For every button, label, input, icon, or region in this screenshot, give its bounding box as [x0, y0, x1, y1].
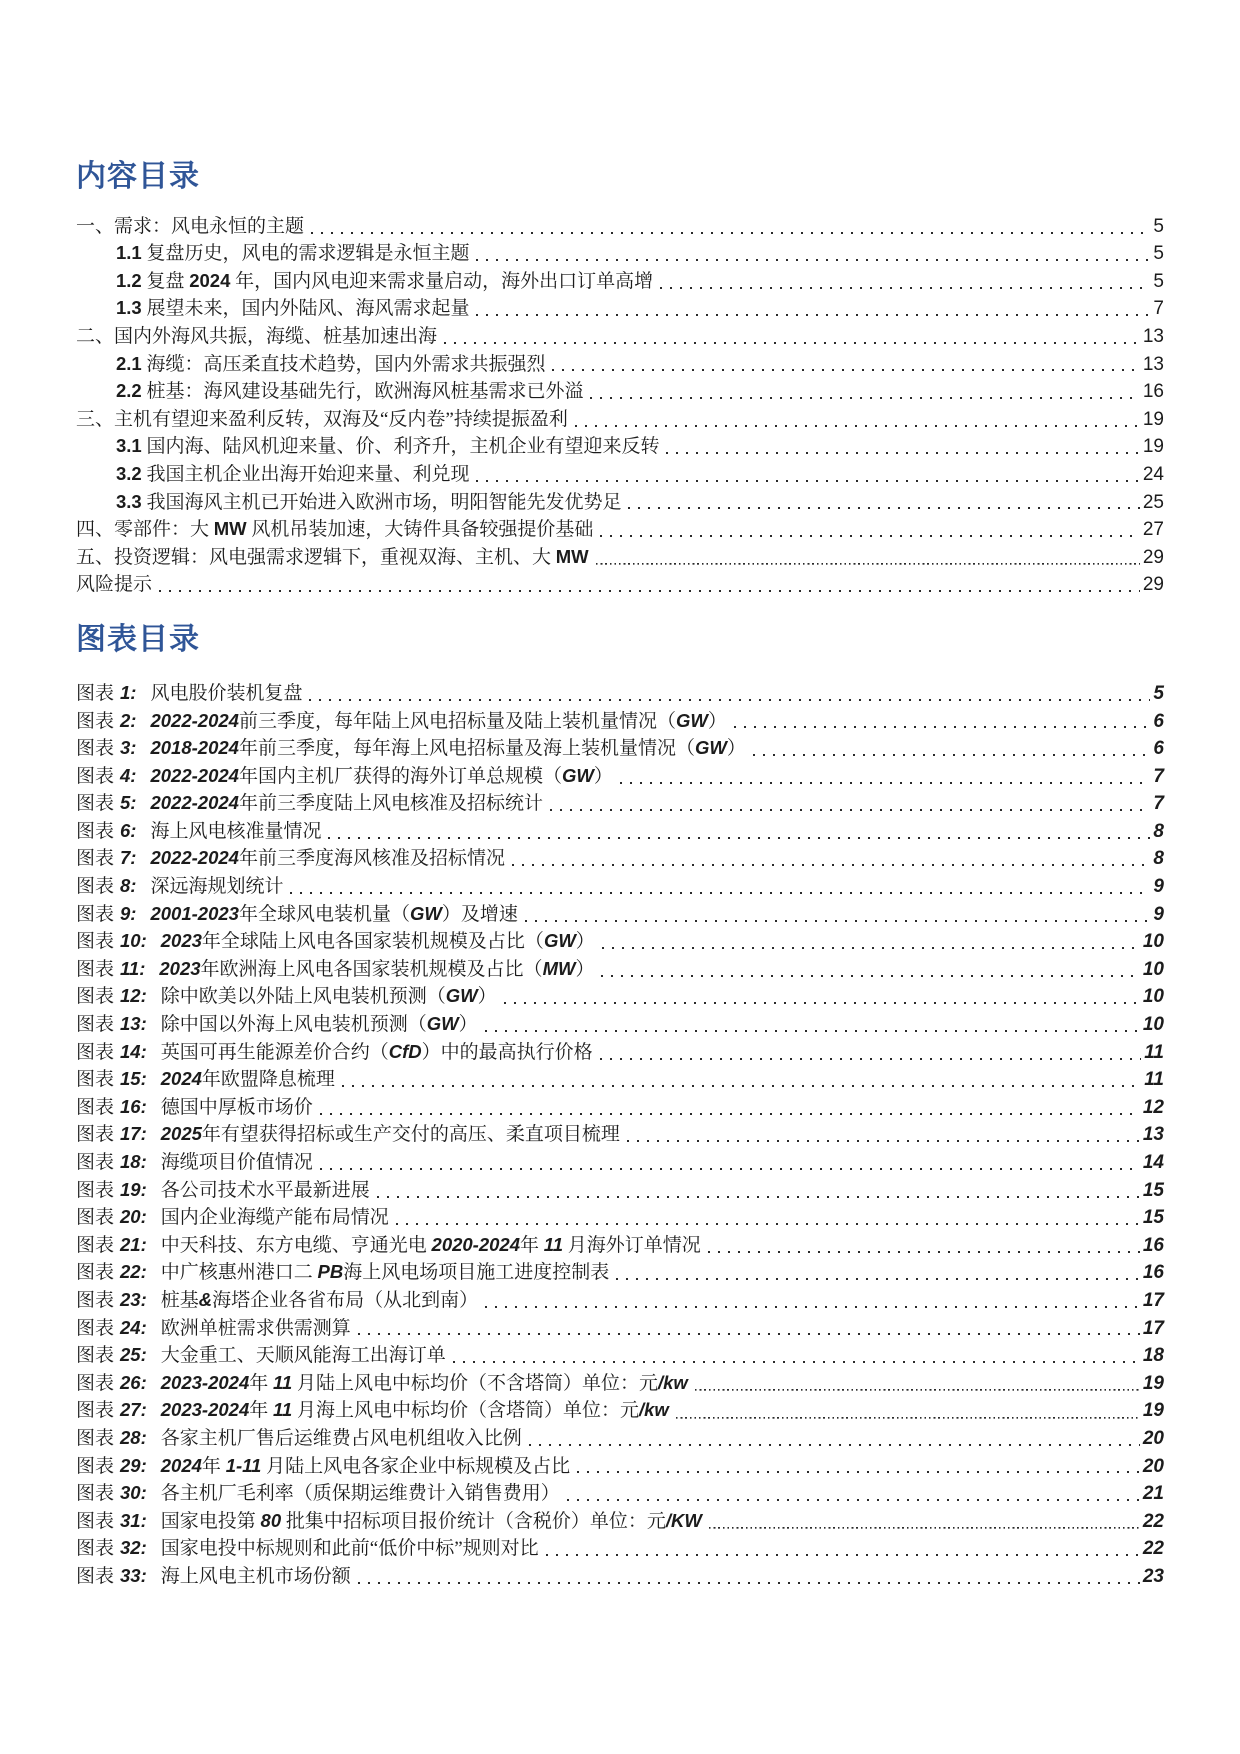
- figure-entry-title: 国家电投第 80 批集中招标项目报价统计（含税价）单位：元/KW: [161, 1508, 702, 1534]
- dot-leader: [377, 1178, 1140, 1203]
- figure-toc-entry[interactable]: 图表22:中广核惠州港口二 PB海上风电场项目施工进度控制表16: [76, 1258, 1164, 1286]
- figure-entry-page: 22: [1143, 1509, 1164, 1534]
- figure-number: 10:: [120, 930, 147, 951]
- latin-run: 11: [273, 1399, 292, 1420]
- toc-entry-page: 29: [1143, 545, 1164, 570]
- content-toc-entry[interactable]: 风险提示29: [76, 570, 1164, 598]
- figure-toc-entry[interactable]: 图表28:各家主机厂售后运维费占风电机组收入比例20: [76, 1423, 1164, 1451]
- toc-entry-label: 3.3 我国海风主机已开始进入欧洲市场，明阳智能先发优势足: [116, 489, 621, 515]
- figure-number: 19:: [120, 1179, 147, 1200]
- figure-entry-title: 2001-2023年全球风电装机量（GW）及增速: [150, 901, 517, 927]
- latin-run: GW: [427, 1013, 459, 1034]
- figure-entry-page: 12: [1143, 1095, 1164, 1120]
- toc-entry-page: 5: [1153, 241, 1164, 266]
- latin-run: /kw: [658, 1372, 688, 1393]
- toc-entry-page: 25: [1143, 490, 1164, 515]
- toc-entry-label: 3.2 我国主机企业出海开始迎来量、利兑现: [116, 461, 469, 487]
- figure-entry-prefix: 图表6:: [76, 818, 136, 844]
- figure-label: 图表: [76, 1097, 114, 1118]
- figure-entry-prefix: 图表21:: [76, 1232, 147, 1258]
- figure-entry-title: 海上风电核准量情况: [150, 819, 321, 844]
- figure-label: 图表: [76, 1483, 114, 1504]
- figure-number: 30:: [120, 1482, 147, 1503]
- figure-toc-section: 图表目录 图表1:风电股价装机复盘5图表2:2022-2024前三季度，每年陆上…: [76, 621, 1164, 1589]
- figure-entry-prefix: 图表22:: [76, 1259, 147, 1285]
- figure-label: 图表: [76, 986, 114, 1007]
- toc-entry-page: 19: [1143, 407, 1164, 432]
- dot-leader: [476, 462, 1139, 487]
- dot-leader: [476, 296, 1150, 321]
- figure-toc-entry[interactable]: 图表24:欧洲单桩需求供需测算17: [76, 1313, 1164, 1341]
- figure-entry-title: 海缆项目价值情况: [161, 1150, 313, 1175]
- figure-toc-entry[interactable]: 图表14:英国可再生能源差价合约（CfD）中的最高执行价格11: [76, 1037, 1164, 1065]
- content-toc-entry[interactable]: 3.3 我国海风主机已开始进入欧洲市场，明阳智能先发优势足25: [76, 487, 1164, 515]
- figure-entry-prefix: 图表11:: [76, 956, 145, 982]
- toc-entry-label: 1.2 复盘 2024 年，国内风电迎来需求量启动，海外出口订单高增: [116, 268, 653, 294]
- dot-leader: [396, 1205, 1140, 1230]
- figure-entry-prefix: 图表32:: [76, 1535, 147, 1561]
- figure-number: 3:: [120, 737, 136, 758]
- latin-run: &: [199, 1289, 212, 1310]
- figure-number: 27:: [120, 1399, 147, 1420]
- figure-entry-prefix: 图表12:: [76, 983, 147, 1009]
- figure-label: 图表: [76, 1566, 114, 1587]
- figure-entry-prefix: 图表23:: [76, 1287, 147, 1313]
- latin-run: /kw: [639, 1399, 669, 1420]
- content-toc-entry[interactable]: 2.2 桩基：海风建设基础先行，欧洲海风桩基需求已外溢16: [76, 377, 1164, 405]
- figure-label: 图表: [76, 1069, 114, 1090]
- latin-run: 2023: [159, 958, 200, 979]
- figure-entry-prefix: 图表20:: [76, 1204, 147, 1230]
- figure-entry-prefix: 图表13:: [76, 1011, 147, 1037]
- toc-entry-label: 风险提示: [76, 572, 152, 597]
- figure-label: 图表: [76, 711, 114, 732]
- figure-number: 2:: [120, 710, 136, 731]
- latin-run: GW: [562, 765, 594, 786]
- figure-number: 22:: [120, 1261, 147, 1282]
- figure-label: 图表: [76, 1262, 114, 1283]
- figure-label: 图表: [76, 1345, 114, 1366]
- content-toc-entry[interactable]: 四、零部件：大 MW 风机吊装加速，大铸件具备较强提价基础27: [76, 515, 1164, 543]
- figure-number: 1:: [120, 682, 136, 703]
- figure-entry-title: 2023年欧洲海上风电各国家装机规模及占比（MW）: [159, 956, 594, 982]
- dot-leader: [320, 1150, 1140, 1175]
- figure-toc-entry[interactable]: 图表16:德国中厚板市场价12: [76, 1092, 1164, 1120]
- latin-run: 2022-2024: [150, 792, 238, 813]
- figure-toc-entry[interactable]: 图表17:2025年有望获得招标或生产交付的高压、柔直项目梳理13: [76, 1120, 1164, 1148]
- figure-label: 图表: [76, 1428, 114, 1449]
- figure-toc-entry[interactable]: 图表30:各主机厂毛利率（质保期运维费计入销售费用）21: [76, 1479, 1164, 1507]
- figure-label: 图表: [76, 1042, 114, 1063]
- figure-label: 图表: [76, 1207, 114, 1228]
- figure-number: 9:: [120, 903, 136, 924]
- figure-entry-page: 10: [1143, 1012, 1164, 1037]
- dot-leader: [328, 819, 1150, 844]
- figure-toc-entry[interactable]: 图表13:除中国以外海上风电装机预测（GW）10: [76, 1009, 1164, 1037]
- latin-run: 2024: [161, 1455, 202, 1476]
- figure-entry-title: 2024年欧盟降息梳理: [161, 1066, 335, 1092]
- figure-entry-title: 2022-2024年国内主机厂获得的海外订单总规模（GW）: [150, 763, 612, 789]
- dot-leader: [753, 736, 1151, 761]
- figure-entry-page: 16: [1143, 1233, 1164, 1258]
- toc-entry-page: 13: [1143, 324, 1164, 349]
- dot-leader: [320, 1095, 1140, 1120]
- content-toc-entry[interactable]: 五、投资逻辑：风电强需求逻辑下，重视双海、主机、大 MW29: [76, 542, 1164, 570]
- toc-entry-page: 29: [1143, 572, 1164, 597]
- figure-entry-page: 19: [1143, 1398, 1164, 1423]
- figure-label: 图表: [76, 1235, 114, 1256]
- figure-entry-prefix: 图表5:: [76, 790, 136, 816]
- figure-entry-prefix: 图表24:: [76, 1315, 147, 1341]
- figure-entry-prefix: 图表1:: [76, 680, 136, 706]
- figure-entry-page: 10: [1143, 957, 1164, 982]
- figure-number: 7:: [120, 847, 136, 868]
- latin-run: 1.3: [116, 297, 142, 318]
- figure-toc-entry[interactable]: 图表5:2022-2024年前三季度陆上风电核准及招标统计7: [76, 789, 1164, 817]
- latin-run: 2.1: [116, 353, 142, 374]
- latin-run: 80: [261, 1510, 282, 1531]
- figure-entry-title: 国内企业海缆产能布局情况: [161, 1205, 389, 1230]
- figure-entry-title: 2018-2024年前三季度，每年海上风电招标量及海上装机量情况（GW）: [150, 735, 745, 761]
- figure-entry-prefix: 图表26:: [76, 1370, 147, 1396]
- latin-run: 2025: [161, 1123, 202, 1144]
- dot-leader: [575, 407, 1140, 432]
- figure-entry-page: 22: [1143, 1536, 1164, 1561]
- figure-toc-entry[interactable]: 图表10:2023年全球陆上风电各国家装机规模及占比（GW）10: [76, 927, 1164, 955]
- figure-toc-entry[interactable]: 图表26:2023-2024年 11 月陆上风电中标均价（不含塔筒）单位：元/k…: [76, 1368, 1164, 1396]
- dot-leader: [453, 1343, 1140, 1368]
- figure-entry-page: 20: [1143, 1426, 1164, 1451]
- dot-leader: [311, 214, 1150, 239]
- figure-entry-page: 8: [1153, 819, 1164, 844]
- figure-number: 12:: [120, 985, 147, 1006]
- figure-entry-page: 11: [1144, 1067, 1164, 1092]
- figure-entry-prefix: 图表19:: [76, 1177, 147, 1203]
- figure-label: 图表: [76, 1014, 114, 1035]
- figure-label: 图表: [76, 959, 114, 980]
- figure-entry-page: 17: [1143, 1288, 1164, 1313]
- figure-number: 8:: [120, 875, 136, 896]
- dot-leader: [734, 709, 1151, 734]
- figure-entry-page: 21: [1143, 1481, 1164, 1506]
- dot-leader: [616, 1260, 1140, 1285]
- latin-run: GW: [446, 985, 478, 1006]
- figure-label: 图表: [76, 904, 114, 925]
- figure-label: 图表: [76, 683, 114, 704]
- figure-number: 18:: [120, 1151, 147, 1172]
- figure-toc-entry[interactable]: 图表12:除中欧美以外陆上风电装机预测（GW）10: [76, 982, 1164, 1010]
- figure-toc-entry[interactable]: 图表32:国家电投中标规则和此前“低价中标”规则对比22: [76, 1534, 1164, 1562]
- figure-label: 图表: [76, 1511, 114, 1532]
- content-toc-entry[interactable]: 2.1 海缆：高压柔直技术趋势，国内外需求共振强烈13: [76, 349, 1164, 377]
- figure-entry-title: 2023-2024年 11 月陆上风电中标均价（不含塔筒）单位：元/kw: [161, 1370, 688, 1396]
- toc-entry-label: 1.3 展望未来，国内外陆风、海风需求起量: [116, 295, 469, 321]
- content-toc-section: 内容目录 一、需求：风电永恒的主题51.1 复盘历史，风电的需求逻辑是永恒主题5…: [76, 158, 1164, 597]
- figure-entry-title: 风电股价装机复盘: [150, 681, 302, 706]
- latin-run: 2023-2024: [161, 1399, 249, 1420]
- figure-entry-prefix: 图表8:: [76, 873, 136, 899]
- content-toc-entry[interactable]: 1.1 复盘历史，风电的需求逻辑是永恒主题5: [76, 239, 1164, 267]
- toc-entry-label: 2.2 桩基：海风建设基础先行，欧洲海风桩基需求已外溢: [116, 378, 583, 404]
- figure-toc-entry[interactable]: 图表33:海上风电主机市场份额23: [76, 1561, 1164, 1589]
- figure-entry-title: 大金重工、天顺风能海工出海订单: [161, 1343, 446, 1368]
- figure-entry-page: 13: [1143, 1122, 1164, 1147]
- figure-label: 图表: [76, 738, 114, 759]
- toc-entry-label: 二、国内外海风共振，海缆、桩基加速出海: [76, 324, 437, 349]
- figure-toc-entry[interactable]: 图表2:2022-2024前三季度，每年陆上风电招标量及陆上装机量情况（GW）6: [76, 706, 1164, 734]
- figure-entry-prefix: 图表18:: [76, 1149, 147, 1175]
- figure-toc-entry[interactable]: 图表21:中天科技、东方电缆、亨通光电 2020-2024年 11 月海外订单情…: [76, 1230, 1164, 1258]
- figure-entry-prefix: 图表9:: [76, 901, 136, 927]
- figure-entry-title: 2024年 1-11 月陆上风电各家企业中标规模及占比: [161, 1453, 570, 1479]
- figure-entry-title: 2022-2024年前三季度陆上风电核准及招标统计: [150, 790, 543, 816]
- latin-run: 2020-2024: [432, 1234, 520, 1255]
- figure-toc-entry[interactable]: 图表27:2023-2024年 11 月海上风电中标均价（含塔筒）单位：元/kw…: [76, 1396, 1164, 1424]
- figure-entry-prefix: 图表2:: [76, 708, 136, 734]
- figure-entry-page: 17: [1143, 1316, 1164, 1341]
- latin-run: 2024: [161, 1068, 202, 1089]
- figure-entry-page: 7: [1153, 791, 1164, 816]
- figure-entry-page: 9: [1153, 902, 1164, 927]
- content-toc-entry[interactable]: 一、需求：风电永恒的主题5: [76, 211, 1164, 239]
- figure-entry-title: 英国可再生能源差价合约（CfD）中的最高执行价格: [161, 1039, 593, 1065]
- figure-entry-page: 6: [1153, 709, 1164, 734]
- figure-entry-prefix: 图表30:: [76, 1480, 147, 1506]
- latin-run: 3.1: [116, 435, 142, 456]
- figure-label: 图表: [76, 1400, 114, 1421]
- dot-leader: [159, 572, 1140, 597]
- figure-number: 13:: [120, 1013, 147, 1034]
- figure-toc-entry[interactable]: 图表25:大金重工、天顺风能海工出海订单18: [76, 1341, 1164, 1369]
- dot-leader: [525, 902, 1151, 927]
- content-toc-entry[interactable]: 1.3 展望未来，国内外陆风、海风需求起量7: [76, 294, 1164, 322]
- figure-entry-page: 10: [1143, 984, 1164, 1009]
- figure-entry-title: 德国中厚板市场价: [161, 1095, 313, 1120]
- figure-toc-heading: 图表目录: [76, 621, 1164, 659]
- figure-entry-page: 15: [1143, 1205, 1164, 1230]
- toc-entry-page: 13: [1143, 352, 1164, 377]
- figure-label: 图表: [76, 848, 114, 869]
- figure-label: 图表: [76, 1373, 114, 1394]
- figure-entry-title: 中广核惠州港口二 PB海上风电场项目施工进度控制表: [161, 1259, 609, 1285]
- figure-toc-entry[interactable]: 图表19:各公司技术水平最新进展15: [76, 1175, 1164, 1203]
- dot-leader: [476, 241, 1150, 266]
- figure-entry-prefix: 图表4:: [76, 763, 136, 789]
- latin-run: 3.3: [116, 491, 142, 512]
- latin-run: 11: [544, 1234, 563, 1255]
- dot-leader: [590, 379, 1139, 404]
- latin-run: 2023: [161, 930, 202, 951]
- figure-label: 图表: [76, 1180, 114, 1201]
- figure-entry-title: 国家电投中标规则和此前“低价中标”规则对比: [161, 1536, 539, 1561]
- figure-toc-entry[interactable]: 图表31:国家电投第 80 批集中招标项目报价统计（含税价）单位：元/KW22: [76, 1506, 1164, 1534]
- figure-number: 11:: [120, 958, 145, 979]
- toc-entry-page: 5: [1153, 214, 1164, 239]
- document-page: 内容目录 一、需求：风电永恒的主题51.1 复盘历史，风电的需求逻辑是永恒主题5…: [0, 0, 1240, 1754]
- figure-entry-title: 除中国以外海上风电装机预测（GW）: [161, 1011, 478, 1037]
- dot-leader: [504, 984, 1140, 1009]
- dot-leader: [708, 1233, 1140, 1258]
- figure-toc-entry[interactable]: 图表3:2018-2024年前三季度，每年海上风电招标量及海上装机量情况（GW）…: [76, 734, 1164, 762]
- latin-run: GW: [676, 710, 708, 731]
- figure-entry-title: 深远海规划统计: [150, 874, 283, 899]
- figure-entry-prefix: 图表3:: [76, 735, 136, 761]
- dot-leader: [485, 1012, 1140, 1037]
- dot-leader: [529, 1426, 1140, 1451]
- figure-entry-title: 2023-2024年 11 月海上风电中标均价（含塔筒）单位：元/kw: [161, 1397, 669, 1423]
- latin-run: MW: [543, 958, 576, 979]
- dot-leader: [290, 874, 1150, 899]
- latin-run: 2001-2023: [150, 903, 238, 924]
- figure-entry-prefix: 图表28:: [76, 1425, 147, 1451]
- content-toc-heading: 内容目录: [76, 158, 1164, 196]
- figure-number: 4:: [120, 765, 136, 786]
- figure-entry-page: 16: [1143, 1260, 1164, 1285]
- latin-run: 2022-2024: [150, 765, 238, 786]
- figure-entry-page: 10: [1143, 929, 1164, 954]
- figure-entry-prefix: 图表14:: [76, 1039, 147, 1065]
- toc-entry-label: 三、主机有望迎来盈利反转，双海及“反内卷”持续提振盈利: [76, 407, 568, 432]
- dot-leader: [552, 352, 1139, 377]
- figure-entry-page: 20: [1143, 1454, 1164, 1479]
- dot-leader: [342, 1067, 1141, 1092]
- dot-leader: [596, 545, 1140, 570]
- latin-run: 1.1: [116, 242, 142, 263]
- figure-toc-entry[interactable]: 图表9:2001-2023年全球风电装机量（GW）及增速9: [76, 899, 1164, 927]
- figure-toc-entry[interactable]: 图表8:深远海规划统计9: [76, 871, 1164, 899]
- figure-entry-page: 5: [1153, 681, 1164, 706]
- figure-number: 16:: [120, 1096, 147, 1117]
- figure-number: 5:: [120, 792, 136, 813]
- figure-entry-page: 18: [1143, 1343, 1164, 1368]
- figure-entry-prefix: 图表27:: [76, 1397, 147, 1423]
- figure-entry-title: 中天科技、东方电缆、亨通光电 2020-2024年 11 月海外订单情况: [161, 1232, 701, 1258]
- figure-label: 图表: [76, 1124, 114, 1145]
- latin-run: MW: [214, 518, 247, 539]
- dot-leader: [695, 1371, 1140, 1396]
- dot-leader: [567, 1481, 1140, 1506]
- latin-run: PB: [318, 1261, 344, 1282]
- figure-toc-entry[interactable]: 图表1:风电股价装机复盘5: [76, 678, 1164, 706]
- figure-toc-entry[interactable]: 图表4:2022-2024年国内主机厂获得的海外订单总规模（GW）7: [76, 761, 1164, 789]
- figure-number: 21:: [120, 1234, 147, 1255]
- dot-leader: [550, 791, 1150, 816]
- latin-run: 11: [273, 1372, 292, 1393]
- toc-entry-page: 16: [1143, 379, 1164, 404]
- content-toc-entry[interactable]: 二、国内外海风共振，海缆、桩基加速出海13: [76, 321, 1164, 349]
- dot-leader: [309, 681, 1150, 706]
- figure-entry-page: 7: [1153, 764, 1164, 789]
- dot-leader: [358, 1564, 1140, 1589]
- latin-run: /KW: [666, 1510, 702, 1531]
- figure-number: 6:: [120, 820, 136, 841]
- figure-number: 29:: [120, 1455, 147, 1476]
- figure-toc-list: 图表1:风电股价装机复盘5图表2:2022-2024前三季度，每年陆上风电招标量…: [76, 678, 1164, 1589]
- latin-run: GW: [544, 930, 576, 951]
- figure-entry-title: 除中欧美以外陆上风电装机预测（GW）: [161, 983, 497, 1009]
- latin-run: 2022-2024: [150, 847, 238, 868]
- figure-number: 33:: [120, 1565, 147, 1586]
- content-toc-list: 一、需求：风电永恒的主题51.1 复盘历史，风电的需求逻辑是永恒主题51.2 复…: [76, 211, 1164, 597]
- dot-leader: [666, 434, 1139, 459]
- latin-run: 2024: [189, 270, 230, 291]
- toc-entry-label: 2.1 海缆：高压柔直技术趋势，国内外需求共振强烈: [116, 351, 545, 377]
- dot-leader: [709, 1509, 1140, 1534]
- figure-label: 图表: [76, 931, 114, 952]
- figure-toc-entry[interactable]: 图表15:2024年欧盟降息梳理11: [76, 1065, 1164, 1093]
- figure-label: 图表: [76, 1152, 114, 1173]
- latin-run: GW: [410, 903, 442, 924]
- figure-entry-title: 2022-2024年前三季度海风核准及招标情况: [150, 845, 505, 871]
- dot-leader: [620, 764, 1151, 789]
- dot-leader: [660, 269, 1150, 294]
- figure-entry-prefix: 图表7:: [76, 845, 136, 871]
- figure-entry-page: 11: [1144, 1040, 1164, 1065]
- figure-toc-entry[interactable]: 图表29:2024年 1-11 月陆上风电各家企业中标规模及占比20: [76, 1451, 1164, 1479]
- dot-leader: [577, 1454, 1140, 1479]
- content-toc-entry[interactable]: 3.2 我国主机企业出海开始迎来量、利兑现24: [76, 459, 1164, 487]
- figure-entry-page: 23: [1143, 1564, 1164, 1589]
- latin-run: 1-11: [226, 1455, 262, 1476]
- latin-run: GW: [695, 737, 727, 758]
- figure-entry-title: 欧洲单桩需求供需测算: [161, 1316, 351, 1341]
- content-toc-entry[interactable]: 3.1 国内海、陆风机迎来量、价、利齐升，主机企业有望迎来反转19: [76, 432, 1164, 460]
- dot-leader: [546, 1536, 1140, 1561]
- figure-entry-prefix: 图表29:: [76, 1453, 147, 1479]
- figure-entry-page: 19: [1143, 1371, 1164, 1396]
- dot-leader: [627, 1122, 1140, 1147]
- figure-number: 23:: [120, 1289, 147, 1310]
- figure-number: 31:: [120, 1510, 147, 1531]
- figure-entry-title: 各公司技术水平最新进展: [161, 1178, 370, 1203]
- content-toc-entry[interactable]: 三、主机有望迎来盈利反转，双海及“反内卷”持续提振盈利19: [76, 404, 1164, 432]
- figure-label: 图表: [76, 821, 114, 842]
- dot-leader: [444, 324, 1140, 349]
- figure-toc-entry[interactable]: 图表11:2023年欧洲海上风电各国家装机规模及占比（MW）10: [76, 954, 1164, 982]
- toc-entry-label: 3.1 国内海、陆风机迎来量、价、利齐升，主机企业有望迎来反转: [116, 433, 659, 459]
- figure-label: 图表: [76, 766, 114, 787]
- dot-leader: [358, 1316, 1140, 1341]
- latin-run: 3.2: [116, 463, 142, 484]
- toc-entry-page: 19: [1143, 434, 1164, 459]
- figure-entry-page: 8: [1153, 846, 1164, 871]
- figure-number: 25:: [120, 1344, 147, 1365]
- figure-label: 图表: [76, 1290, 114, 1311]
- figure-entry-title: 桩基&海塔企业各省布局（从北到南）: [161, 1287, 478, 1313]
- figure-toc-entry[interactable]: 图表6:海上风电核准量情况8: [76, 816, 1164, 844]
- figure-entry-prefix: 图表33:: [76, 1563, 147, 1589]
- figure-number: 14:: [120, 1041, 147, 1062]
- figure-number: 26:: [120, 1372, 147, 1393]
- figure-toc-entry[interactable]: 图表23:桩基&海塔企业各省布局（从北到南）17: [76, 1285, 1164, 1313]
- figure-entry-page: 14: [1143, 1150, 1164, 1175]
- figure-toc-entry[interactable]: 图表20:国内企业海缆产能布局情况15: [76, 1203, 1164, 1231]
- figure-number: 15:: [120, 1068, 147, 1089]
- figure-entry-prefix: 图表15:: [76, 1066, 147, 1092]
- figure-entry-prefix: 图表17:: [76, 1121, 147, 1147]
- figure-toc-entry[interactable]: 图表7:2022-2024年前三季度海风核准及招标情况8: [76, 844, 1164, 872]
- figure-label: 图表: [76, 1538, 114, 1559]
- latin-run: CfD: [389, 1041, 422, 1062]
- figure-toc-entry[interactable]: 图表18:海缆项目价值情况14: [76, 1147, 1164, 1175]
- toc-entry-label: 五、投资逻辑：风电强需求逻辑下，重视双海、主机、大 MW: [76, 544, 589, 570]
- latin-run: 2023-2024: [161, 1372, 249, 1393]
- dot-leader: [628, 490, 1139, 515]
- toc-entry-page: 24: [1143, 462, 1164, 487]
- figure-number: 24:: [120, 1317, 147, 1338]
- content-toc-entry[interactable]: 1.2 复盘 2024 年，国内风电迎来需求量启动，海外出口订单高增5: [76, 266, 1164, 294]
- dot-leader: [485, 1288, 1140, 1313]
